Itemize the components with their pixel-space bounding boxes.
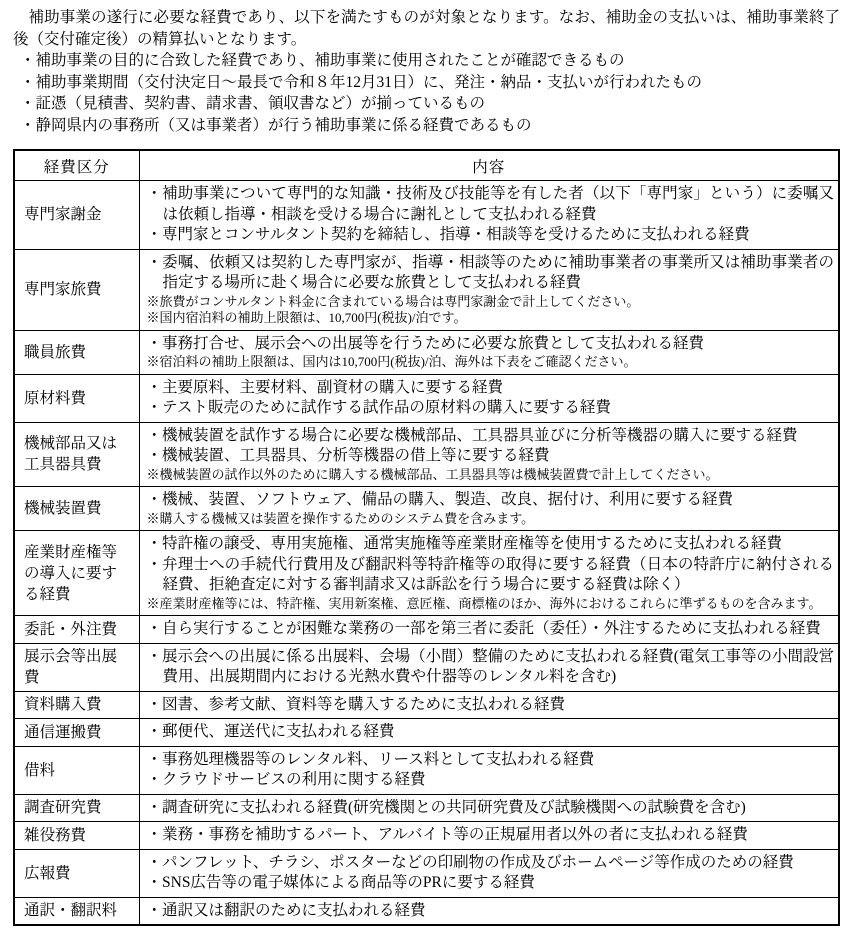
category-cell: 雑役務費 bbox=[14, 822, 139, 850]
category-cell: 委託・外注費 bbox=[14, 616, 139, 644]
table-row: 原材料費・主要原料、主要材料、副資材の購入に要する経費・テスト販売のために試作す… bbox=[14, 374, 839, 422]
bullet-item: ・郵便代、運送代に支払われる経費 bbox=[147, 722, 835, 743]
category-cell: 専門家謝金 bbox=[14, 181, 139, 250]
bullet-item: ・通訳又は翻訳のために支払われる経費 bbox=[147, 901, 835, 922]
table-row: 職員旅費・事務打合せ、展示会への出展等を行うために必要な旅費として支払われる経費… bbox=[14, 330, 839, 374]
expense-table-body: 専門家謝金・補助事業について専門的な知識・技術及び技能等を有した者（以下「専門家… bbox=[14, 181, 839, 926]
header-row: 経費区分 内容 bbox=[14, 150, 839, 181]
intro-bullet: ・補助事業の目的に合致した経費であり、補助事業に使用されたことが確認できるもの bbox=[20, 50, 840, 72]
note-item: ※旅費がコンサルタント料金に含まれている場合は専門家謝金で計上してください。 bbox=[147, 294, 835, 311]
table-row: 調査研究費・調査研究に支払われる経費(研究機関との共同研究費及び試験機関への試験… bbox=[14, 794, 839, 822]
category-cell: 産業財産権等の導入に要する経費 bbox=[14, 531, 139, 616]
table-row: 雑役務費・業務・事務を補助するパート、アルバイト等の正規雇用者以外の者に支払われ… bbox=[14, 822, 839, 850]
bullet-item: ・専門家とコンサルタント契約を締結し、指導・相談等を受けるために支払われる経費 bbox=[147, 225, 835, 246]
table-row: 機械部品又は工具器具費・機械装置を試作する場合に必要な機械部品、工具器具並びに分… bbox=[14, 422, 839, 487]
table-row: 機械装置費・機械、装置、ソフトウェア、備品の購入、製造、改良、据付け、利用に要す… bbox=[14, 487, 839, 531]
category-cell: 広報費 bbox=[14, 849, 139, 897]
bullet-item: ・展示会への出展に係る出展料、会場（小間）整備のために支払われる経費(電気工事等… bbox=[147, 647, 835, 688]
intro-bullet: ・静岡県内の事務所（又は事業者）が行う補助事業に係る経費であるもの bbox=[20, 115, 840, 137]
intro-bullet: ・証憑（見積書、契約書、請求書、領収書など）が揃っているもの bbox=[20, 93, 840, 115]
bullet-item: ・補助事業について専門的な知識・技術及び技能等を有した者（以下「専門家」という）… bbox=[147, 184, 835, 225]
category-cell: 機械装置費 bbox=[14, 487, 139, 531]
table-row: 通訳・翻訳料・通訳又は翻訳のために支払われる経費 bbox=[14, 897, 839, 925]
category-cell: 通訳・翻訳料 bbox=[14, 897, 139, 925]
intro-bullet-list: ・補助事業の目的に合致した経費であり、補助事業に使用されたことが確認できるもの・… bbox=[20, 50, 840, 136]
bullet-item: ・自ら実行することが困難な業務の一部を第三者に委託（委任）・外注するために支払わ… bbox=[147, 619, 835, 640]
category-cell: 展示会等出展費 bbox=[14, 643, 139, 691]
table-row: 資料購入費・図書、参考文献、資料等を購入するために支払われる経費 bbox=[14, 691, 839, 719]
expense-table: 経費区分 内容 専門家謝金・補助事業について専門的な知識・技術及び技能等を有した… bbox=[13, 149, 840, 926]
content-cell: ・機械、装置、ソフトウェア、備品の購入、製造、改良、据付け、利用に要する経費※購… bbox=[139, 487, 839, 531]
table-row: 産業財産権等の導入に要する経費・特許権の譲受、専用実施権、通常実施権等産業財産権… bbox=[14, 531, 839, 616]
content-cell: ・図書、参考文献、資料等を購入するために支払われる経費 bbox=[139, 691, 839, 719]
category-cell: 通信運搬費 bbox=[14, 719, 139, 747]
table-row: 通信運搬費・郵便代、運送代に支払われる経費 bbox=[14, 719, 839, 747]
content-cell: ・事務打合せ、展示会への出展等を行うために必要な旅費として支払われる経費※宿泊料… bbox=[139, 330, 839, 374]
intro-paragraph: 補助事業の遂行に必要な経費であり、以下を満たすものが対象となります。なお、補助金… bbox=[13, 7, 840, 50]
content-cell: ・補助事業について専門的な知識・技術及び技能等を有した者（以下「専門家」という）… bbox=[139, 181, 839, 250]
bullet-item: ・図書、参考文献、資料等を購入するために支払われる経費 bbox=[147, 695, 835, 716]
content-cell: ・委嘱、依頼又は契約した専門家が、指導・相談等のために補助事業者の事業所又は補助… bbox=[139, 249, 839, 330]
content-cell: ・通訳又は翻訳のために支払われる経費 bbox=[139, 897, 839, 925]
bullet-item: ・クラウドサービスの利用に関する経費 bbox=[147, 770, 835, 791]
expense-table-header: 経費区分 内容 bbox=[14, 150, 839, 181]
content-cell: ・特許権の譲受、専用実施権、通常実施権等産業財産権等を使用するために支払われる経… bbox=[139, 531, 839, 616]
note-item: ※産業財産権等には、特許権、実用新案権、意匠権、商標権のほか、海外におけるこれら… bbox=[147, 596, 835, 613]
bullet-item: ・事務打合せ、展示会への出展等を行うために必要な旅費として支払われる経費 bbox=[147, 334, 835, 355]
document-page: 補助事業の遂行に必要な経費であり、以下を満たすものが対象となります。なお、補助金… bbox=[0, 0, 851, 926]
content-cell: ・郵便代、運送代に支払われる経費 bbox=[139, 719, 839, 747]
table-row: 委託・外注費・自ら実行することが困難な業務の一部を第三者に委託（委任）・外注する… bbox=[14, 616, 839, 644]
bullet-item: ・特許権の譲受、専用実施権、通常実施権等産業財産権等を使用するために支払われる経… bbox=[147, 534, 835, 555]
table-row: 展示会等出展費・展示会への出展に係る出展料、会場（小間）整備のために支払われる経… bbox=[14, 643, 839, 691]
table-row: 広報費・パンフレット、チラシ、ポスターなどの印刷物の作成及びホームページ等作成の… bbox=[14, 849, 839, 897]
category-cell: 調査研究費 bbox=[14, 794, 139, 822]
content-cell: ・自ら実行することが困難な業務の一部を第三者に委託（委任）・外注するために支払わ… bbox=[139, 616, 839, 644]
bullet-item: ・テスト販売のために試作する試作品の原材料の購入に要する経費 bbox=[147, 398, 835, 419]
category-cell: 職員旅費 bbox=[14, 330, 139, 374]
bullet-item: ・主要原料、主要材料、副資材の購入に要する経費 bbox=[147, 378, 835, 399]
bullet-item: ・委嘱、依頼又は契約した専門家が、指導・相談等のために補助事業者の事業所又は補助… bbox=[147, 253, 835, 294]
bullet-item: ・SNS広告等の電子媒体による商品等のPRに要する経費 bbox=[147, 873, 835, 894]
content-cell: ・機械装置を試作する場合に必要な機械部品、工具器具並びに分析等機器の購入に要する… bbox=[139, 422, 839, 487]
category-cell: 資料購入費 bbox=[14, 691, 139, 719]
category-cell: 機械部品又は工具器具費 bbox=[14, 422, 139, 487]
column-header-category: 経費区分 bbox=[14, 150, 139, 181]
bullet-item: ・事務処理機器等のレンタル料、リース料として支払われる経費 bbox=[147, 750, 835, 771]
note-item: ※機械装置の試作以外のために購入する機械部品、工具器具等は機械装置費で計上してく… bbox=[147, 467, 835, 484]
bullet-item: ・調査研究に支払われる経費(研究機関との共同研究費及び試験機関への試験費を含む) bbox=[147, 798, 835, 819]
bullet-item: ・弁理士への手続代行費用及び翻訳料等特許権等の取得に要する経費（日本の特許庁に納… bbox=[147, 555, 835, 596]
note-item: ※購入する機械又は装置を操作するためのシステム費を含みます。 bbox=[147, 511, 835, 528]
table-row: 専門家謝金・補助事業について専門的な知識・技術及び技能等を有した者（以下「専門家… bbox=[14, 181, 839, 250]
note-item: ※国内宿泊料の補助上限額は、10,700円(税抜)/泊です。 bbox=[147, 310, 835, 327]
table-row: 借料・事務処理機器等のレンタル料、リース料として支払われる経費・クラウドサービス… bbox=[14, 746, 839, 794]
bullet-item: ・機械装置を試作する場合に必要な機械部品、工具器具並びに分析等機器の購入に要する… bbox=[147, 426, 835, 447]
intro-bullet: ・補助事業期間（交付決定日～最長で令和８年12月31日）に、発注・納品・支払いが… bbox=[20, 72, 840, 94]
content-cell: ・業務・事務を補助するパート、アルバイト等の正規雇用者以外の者に支払われる経費 bbox=[139, 822, 839, 850]
table-row: 専門家旅費・委嘱、依頼又は契約した専門家が、指導・相談等のために補助事業者の事業… bbox=[14, 249, 839, 330]
column-header-content: 内容 bbox=[139, 150, 839, 181]
bullet-item: ・業務・事務を補助するパート、アルバイト等の正規雇用者以外の者に支払われる経費 bbox=[147, 825, 835, 846]
content-cell: ・調査研究に支払われる経費(研究機関との共同研究費及び試験機関への試験費を含む) bbox=[139, 794, 839, 822]
content-cell: ・主要原料、主要材料、副資材の購入に要する経費・テスト販売のために試作する試作品… bbox=[139, 374, 839, 422]
note-item: ※宿泊料の補助上限額は、国内は10,700円(税抜)/泊、海外は下表をご確認くだ… bbox=[147, 354, 835, 371]
bullet-item: ・機械、装置、ソフトウェア、備品の購入、製造、改良、据付け、利用に要する経費 bbox=[147, 490, 835, 511]
content-cell: ・事務処理機器等のレンタル料、リース料として支払われる経費・クラウドサービスの利… bbox=[139, 746, 839, 794]
bullet-item: ・機械装置、工具器具、分析等機器の借上等に要する経費 bbox=[147, 446, 835, 467]
bullet-item: ・パンフレット、チラシ、ポスターなどの印刷物の作成及びホームページ等作成のための… bbox=[147, 853, 835, 874]
category-cell: 専門家旅費 bbox=[14, 249, 139, 330]
content-cell: ・展示会への出展に係る出展料、会場（小間）整備のために支払われる経費(電気工事等… bbox=[139, 643, 839, 691]
category-cell: 原材料費 bbox=[14, 374, 139, 422]
content-cell: ・パンフレット、チラシ、ポスターなどの印刷物の作成及びホームページ等作成のための… bbox=[139, 849, 839, 897]
category-cell: 借料 bbox=[14, 746, 139, 794]
